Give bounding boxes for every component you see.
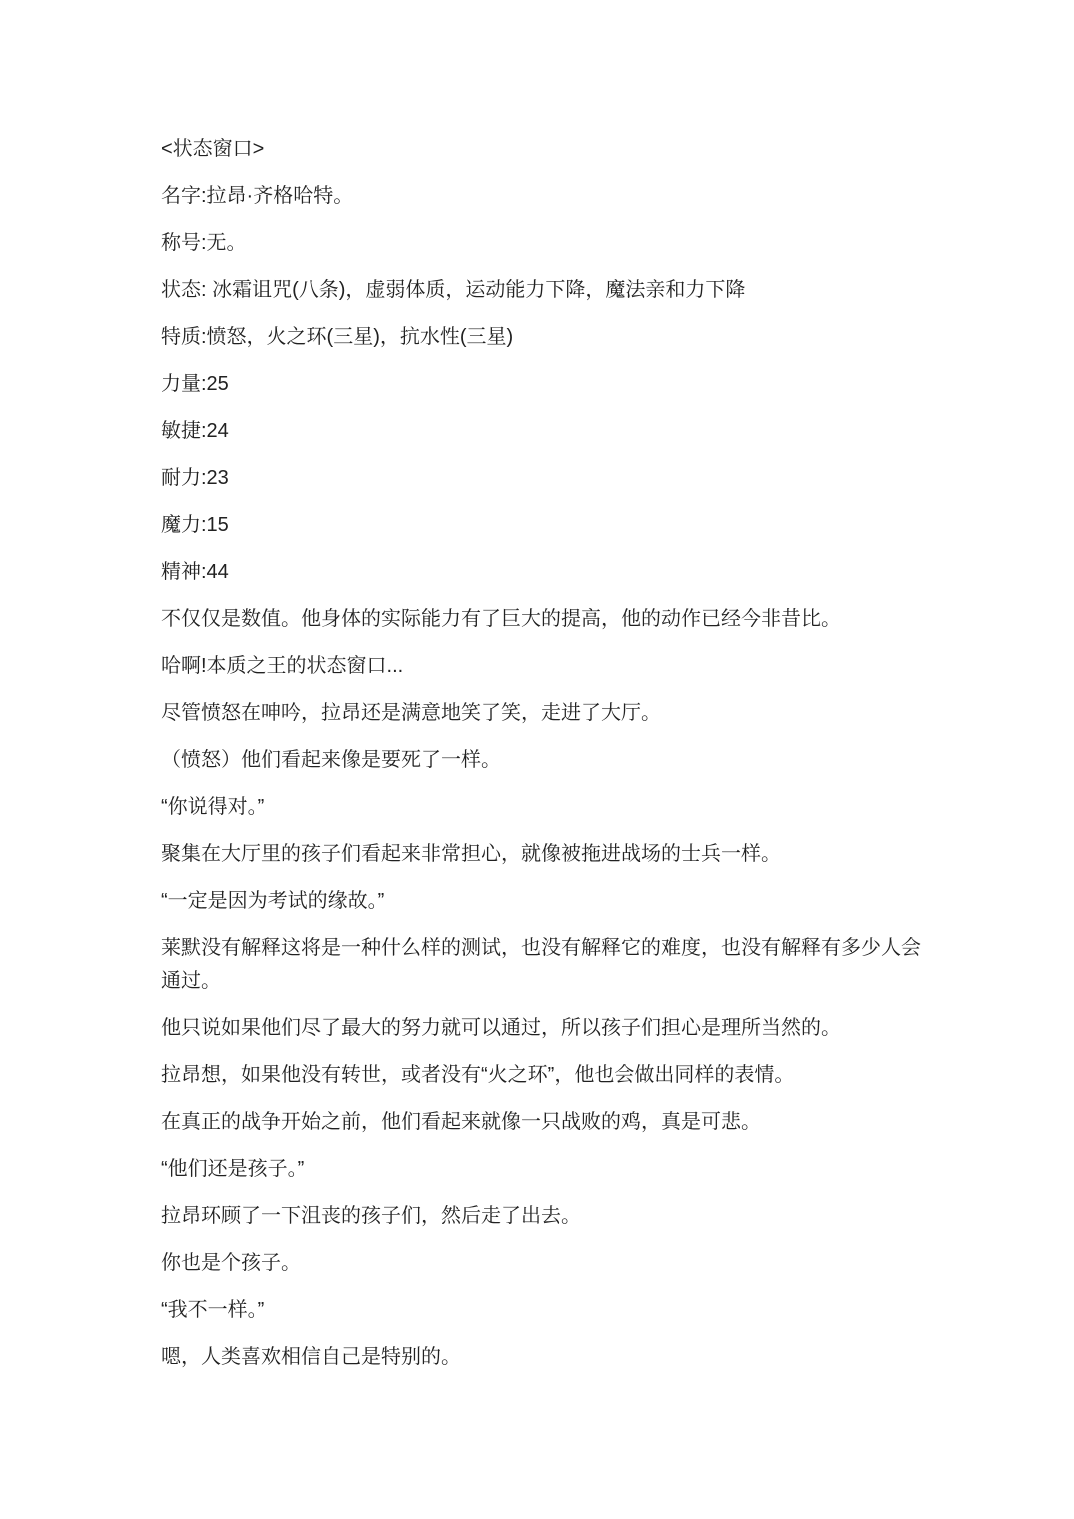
stat-strength: 力量:25 bbox=[161, 368, 926, 401]
dialogue-i-am-different: “我不一样。” bbox=[161, 1294, 926, 1327]
narration-defeated-chicken: 在真正的战争开始之前，他们看起来就像一只战败的鸡，真是可悲。 bbox=[161, 1106, 926, 1139]
narration-children-worried: 聚集在大厅里的孩子们看起来非常担心，就像被拖进战场的士兵一样。 bbox=[161, 838, 926, 871]
narration-no-explanation: 莱默没有解释这将是一种什么样的测试，也没有解释它的难度，也没有解释有多少人会通过… bbox=[161, 932, 926, 998]
narration-humans-special: 嗯，人类喜欢相信自己是特别的。 bbox=[161, 1341, 926, 1374]
narration-raon-thought: 拉昂想，如果他没有转世，或者没有“火之环”，他也会做出同样的表情。 bbox=[161, 1059, 926, 1092]
status-field-name: 名字:拉昂·齐格哈特。 bbox=[161, 180, 926, 213]
narration-exclaim: 哈啊!本质之王的状态窗口... bbox=[161, 650, 926, 683]
narration-walk-out: 拉昂环顾了一下沮丧的孩子们，然后走了出去。 bbox=[161, 1200, 926, 1233]
stat-spirit: 精神:44 bbox=[161, 556, 926, 589]
dialogue-agree: “你说得对。” bbox=[161, 791, 926, 824]
chapter-text-content: <状态窗口> 名字:拉昂·齐格哈特。 称号:无。 状态: 冰霜诅咒(八条)，虚弱… bbox=[161, 133, 926, 1388]
dialogue-exam-reason: “一定是因为考试的缘故。” bbox=[161, 885, 926, 918]
status-field-title: 称号:无。 bbox=[161, 227, 926, 260]
stat-stamina: 耐力:23 bbox=[161, 462, 926, 495]
narration-best-effort: 他只说如果他们尽了最大的努力就可以通过，所以孩子们担心是理所当然的。 bbox=[161, 1012, 926, 1045]
status-field-status: 状态: 冰霜诅咒(八条)，虚弱体质，运动能力下降，魔法亲和力下降 bbox=[161, 274, 926, 307]
status-window-open-tag: <状态窗口> bbox=[161, 133, 926, 166]
stat-agility: 敏捷:24 bbox=[161, 415, 926, 448]
stat-mana: 魔力:15 bbox=[161, 509, 926, 542]
status-field-traits: 特质:愤怒，火之环(三星)，抗水性(三星) bbox=[161, 321, 926, 354]
narration-stats-remark: 不仅仅是数值。他身体的实际能力有了巨大的提高，他的动作已经今非昔比。 bbox=[161, 603, 926, 636]
novel-reader-page: <状态窗口> 名字:拉昂·齐格哈特。 称号:无。 状态: 冰霜诅咒(八条)，虚弱… bbox=[0, 0, 1074, 1519]
wrath-dialogue-line: （愤怒）他们看起来像是要死了一样。 bbox=[161, 744, 926, 777]
narration-enter-hall: 尽管愤怒在呻吟，拉昂还是满意地笑了笑，走进了大厅。 bbox=[161, 697, 926, 730]
dialogue-still-children: “他们还是孩子。” bbox=[161, 1153, 926, 1186]
narration-you-are-child: 你也是个孩子。 bbox=[161, 1247, 926, 1280]
